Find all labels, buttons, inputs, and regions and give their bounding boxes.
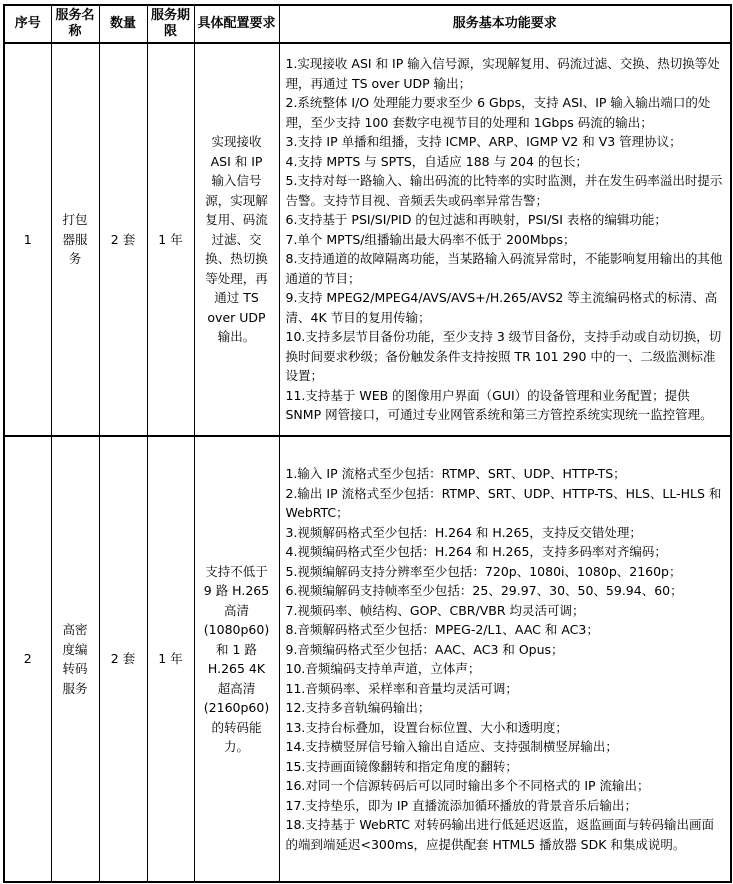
requirement-item: 12.支持多音轨编码输出； <box>286 698 727 718</box>
row1-function-requirements: 1.实现接收 ASI 和 IP 输入信号源，实现解复用、码流过滤、交换、热切换等… <box>279 43 731 436</box>
requirement-item: 3.视频解码格式至少包括：H.264 和 H.265，支持反交错处理； <box>286 523 727 543</box>
header-seq: 序号 <box>4 5 51 43</box>
table-row: 1 打包器服务 2 套 1 年 实现接收 ASI 和 IP 输入信号源，实现解复… <box>4 43 731 436</box>
header-service-period: 服务期限 <box>147 5 194 43</box>
requirement-item: 5.视频编解码支持分辨率至少包括：720p、1080i、1080p、2160p； <box>286 562 727 582</box>
row2-service-name: 高密度编转码服务 <box>51 436 99 882</box>
row1-config-requirement: 实现接收 ASI 和 IP 输入信号源，实现解复用、码流过滤、交换、热切换等处理… <box>194 43 279 436</box>
requirement-item: 1.实现接收 ASI 和 IP 输入信号源，实现解复用、码流过滤、交换、热切换等… <box>286 54 727 93</box>
header-config-requirement: 具体配置要求 <box>194 5 279 43</box>
row2-config-requirement: 支持不低于 9 路 H.265 高清 (1080p60) 和 1 路 H.265… <box>194 436 279 882</box>
requirement-item: 9.音频编码格式至少包括：AAC、AC3 和 Opus； <box>286 640 727 660</box>
requirement-item: 13.支持台标叠加，设置台标位置、大小和透明度； <box>286 718 727 738</box>
requirement-item: 14.支持横竖屏信号输入输出自适应、支持强制横竖屏输出； <box>286 737 727 757</box>
requirement-item: 2.系统整体 I/O 处理能力要求至少 6 Gbps，支持 ASI、IP 输入输… <box>286 93 727 132</box>
requirement-item: 5.支持对每一路输入、输出码流的比特率的实时监测，并在发生码率溢出时提示告警。支… <box>286 171 727 210</box>
row1-quantity: 2 套 <box>99 43 147 436</box>
service-requirements-table: 序号 服务名称 数量 服务期限 具体配置要求 服务基本功能要求 1 打包器服务 … <box>3 4 732 883</box>
requirement-item: 1.输入 IP 流格式至少包括：RTMP、SRT、UDP、HTTP-TS； <box>286 464 727 484</box>
requirement-item: 4.视频编码格式至少包括：H.264 和 H.265，支持多码率对齐编码； <box>286 542 727 562</box>
requirement-item: 7.视频码率、帧结构、GOP、CBR/VBR 均灵活可调； <box>286 601 727 621</box>
requirement-item: 15.支持画面镜像翻转和指定角度的翻转； <box>286 757 727 777</box>
requirement-item: 6.视频编解码支持帧率至少包括：25、29.97、30、50、59.94、60； <box>286 581 727 601</box>
row2-service-period: 1 年 <box>147 436 194 882</box>
requirement-item: 3.支持 IP 单播和组播，支持 ICMP、ARP、IGMP V2 和 V3 管… <box>286 132 727 152</box>
requirement-item: 10.支持多层节目备份功能，至少支持 3 级节目备份，支持手动或自动切换，切换时… <box>286 327 727 386</box>
row1-service-name: 打包器服务 <box>51 43 99 436</box>
requirement-item: 11.支持基于 WEB 的图像用户界面（GUI）的设备管理和业务配置；提供 SN… <box>286 386 727 425</box>
requirement-item: 6.支持基于 PSI/SI/PID 的包过滤和再映射，PSI/SI 表格的编辑功… <box>286 210 727 230</box>
requirement-item: 10.音频编码支持单声道，立体声； <box>286 659 727 679</box>
requirement-item: 17.支持垫乐，即为 IP 直播流添加循环播放的背景音乐后输出； <box>286 796 727 816</box>
requirement-item: 8.支持通道的故障隔离功能，当某路输入码流异常时，不能影响复用输出的其他通道的节… <box>286 249 727 288</box>
requirement-item: 7.单个 MPTS/组播输出最大码率不低于 200Mbps； <box>286 230 727 250</box>
table-row: 2 高密度编转码服务 2 套 1 年 支持不低于 9 路 H.265 高清 (1… <box>4 436 731 882</box>
header-service-name: 服务名称 <box>51 5 99 43</box>
row1-service-period: 1 年 <box>147 43 194 436</box>
row1-seq: 1 <box>4 43 51 436</box>
requirement-item: 18.支持基于 WebRTC 对转码输出进行低延迟返监，返监画面与转码输出画面的… <box>286 815 727 854</box>
requirement-item: 9.支持 MPEG2/MPEG4/AVS/AVS+/H.265/AVS2 等主流… <box>286 288 727 327</box>
header-quantity: 数量 <box>99 5 147 43</box>
row2-quantity: 2 套 <box>99 436 147 882</box>
requirement-item: 16.对同一个信源转码后可以同时输出多个不同格式的 IP 流输出； <box>286 776 727 796</box>
table-header-row: 序号 服务名称 数量 服务期限 具体配置要求 服务基本功能要求 <box>4 5 731 43</box>
requirement-item: 11.音频码率、采样率和音量均灵活可调； <box>286 679 727 699</box>
row2-function-requirements: 1.输入 IP 流格式至少包括：RTMP、SRT、UDP、HTTP-TS；2.输… <box>279 436 731 882</box>
requirement-item: 4.支持 MPTS 与 SPTS，自适应 188 与 204 的包长； <box>286 152 727 172</box>
requirement-item: 2.输出 IP 流格式至少包括：RTMP、SRT、UDP、HTTP-TS、HLS… <box>286 484 727 523</box>
header-basic-function-requirement: 服务基本功能要求 <box>279 5 731 43</box>
row2-seq: 2 <box>4 436 51 882</box>
requirement-item: 8.音频解码格式至少包括：MPEG-2/L1、AAC 和 AC3； <box>286 620 727 640</box>
